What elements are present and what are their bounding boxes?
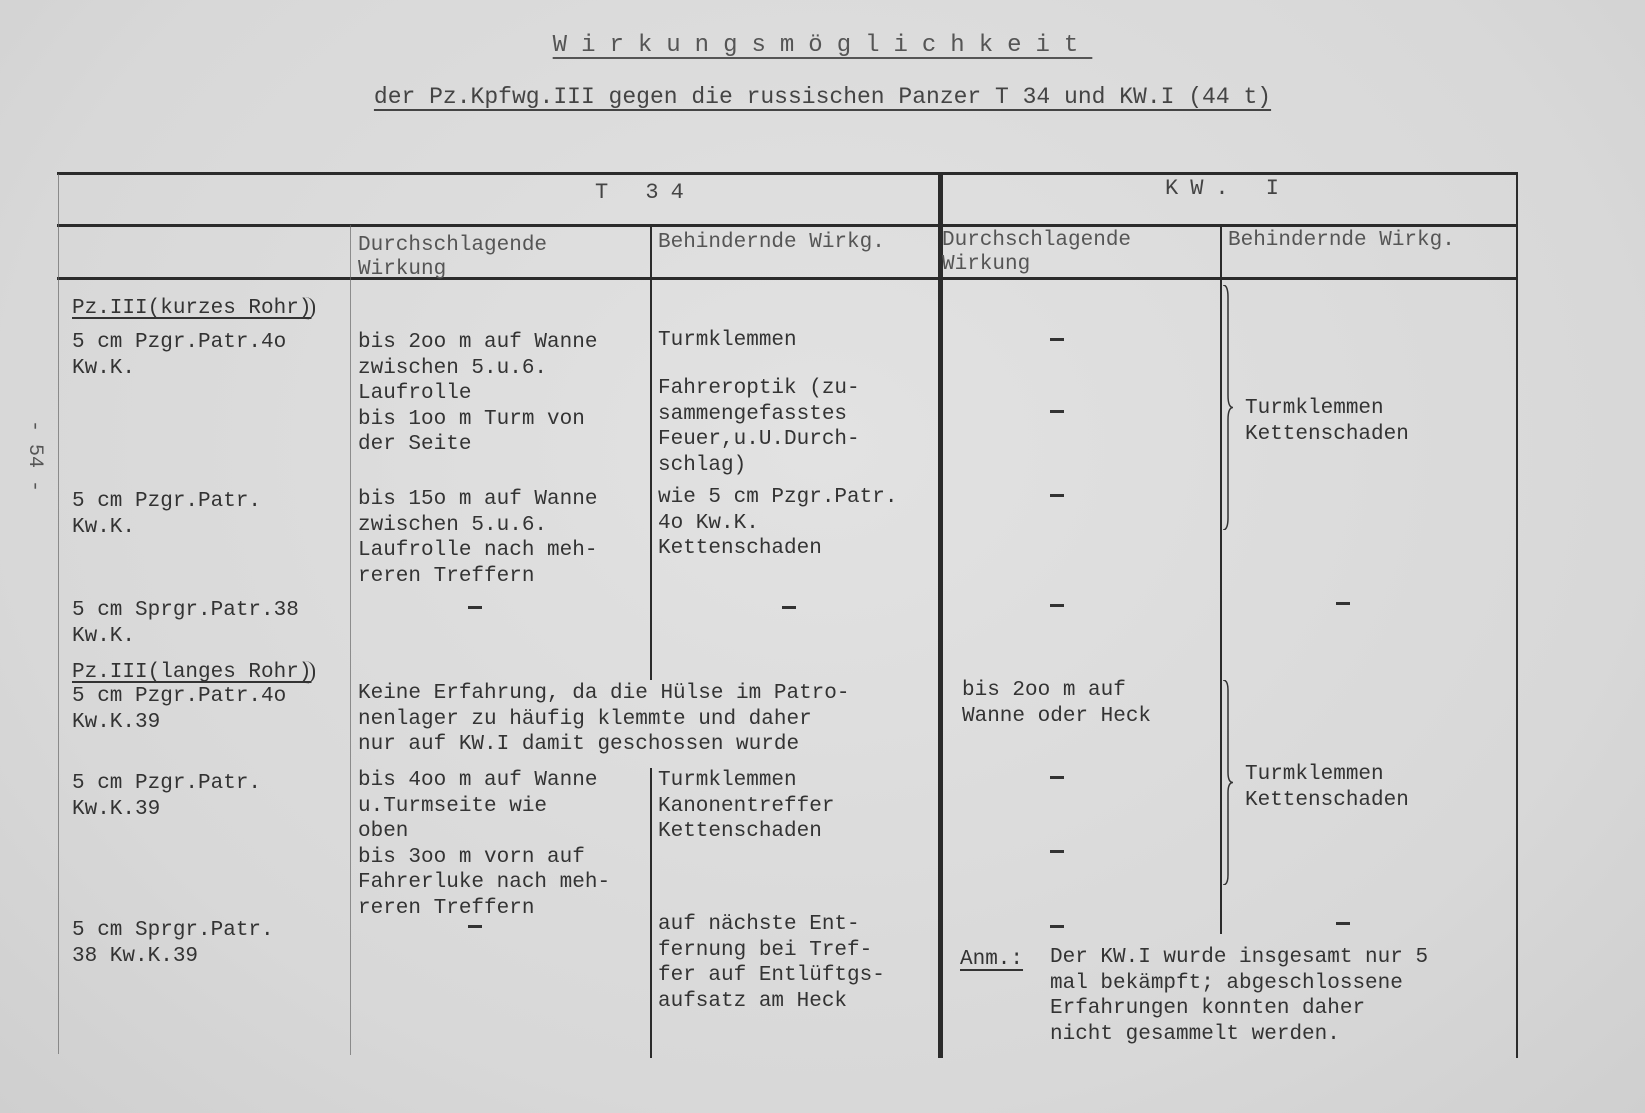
ammo-cell: 5 cm Sprgr.Patr.38 Kw.K. bbox=[72, 598, 299, 649]
ammo-cell: 5 cm Pzgr.Patr.4o Kw.K. bbox=[72, 330, 286, 381]
dash-mark bbox=[1050, 494, 1064, 497]
group-label-long-barrel: Pz.III(langes Rohr) bbox=[72, 660, 315, 686]
t34-penetrating-cell: bis 15o m auf Wanne zwischen 5.u.6. Lauf… bbox=[358, 487, 597, 589]
subheader-kw1-penetrating: Durchschlagende Wirkung bbox=[942, 229, 1131, 277]
ammo-cell: 5 cm Pzgr.Patr. Kw.K.39 bbox=[72, 771, 261, 822]
t34-hindering-cell: auf nächste Ent- fernung bei Tref- fer a… bbox=[658, 912, 885, 1014]
document-title: Wirkungsmöglichkeit bbox=[0, 32, 1645, 59]
brace-icon bbox=[1222, 680, 1234, 885]
dash-mark bbox=[1336, 602, 1350, 605]
document-subtitle: der Pz.Kpfwg.III gegen die russischen Pa… bbox=[0, 84, 1645, 110]
dash-mark bbox=[782, 606, 796, 609]
table-rule-sub-header bbox=[57, 277, 1517, 280]
column-divider-ammo bbox=[350, 225, 351, 1055]
kw1-hindering-grouped: Turmklemmen Kettenschaden bbox=[1245, 396, 1409, 447]
dash-mark bbox=[1050, 604, 1064, 607]
dash-mark bbox=[1336, 922, 1350, 925]
t34-hindering-cell: Fahreroptik (zu- sammengefasstes Feuer,u… bbox=[658, 376, 860, 478]
dash-mark bbox=[468, 925, 482, 928]
t34-hindering-cell: Turmklemmen bbox=[658, 328, 797, 354]
header-kw1: KW. I bbox=[1165, 176, 1291, 202]
subheader-kw1-hindering: Behindernde Wirkg. bbox=[1228, 229, 1455, 253]
group-label-short-barrel: Pz.III(kurzes Rohr) bbox=[72, 296, 315, 322]
dash-mark bbox=[1050, 410, 1064, 413]
table-border-top bbox=[57, 172, 1517, 175]
t34-combined-cell: Keine Erfahrung, da die Hülse im Patro- … bbox=[358, 681, 849, 758]
document-page: Wirkungsmöglichkeit der Pz.Kpfwg.III geg… bbox=[0, 0, 1645, 1113]
t34-penetrating-cell: bis 2oo m auf Wanne zwischen 5.u.6. Lauf… bbox=[358, 330, 597, 458]
ammo-cell: 5 cm Pzgr.Patr. Kw.K. bbox=[72, 489, 261, 540]
subheader-t34-penetrating: Durchschlagende Wirkung bbox=[358, 234, 547, 282]
header-t34: T 34 bbox=[595, 180, 696, 206]
t34-hindering-cell: wie 5 cm Pzgr.Patr. 4o Kw.K. Kettenschad… bbox=[658, 485, 897, 562]
note-text: Der KW.I wurde insgesamt nur 5 mal bekäm… bbox=[1050, 945, 1428, 1047]
t34-penetrating-cell: bis 4oo m auf Wanne u.Turmseite wie oben… bbox=[358, 768, 610, 921]
dash-mark bbox=[1050, 925, 1064, 928]
table-rule-tank-header bbox=[57, 224, 1517, 227]
t34-hindering-cell: Turmklemmen Kanonentreffer Kettenschaden bbox=[658, 768, 834, 845]
dash-mark bbox=[1050, 850, 1064, 853]
dash-mark bbox=[468, 606, 482, 609]
note-label: Anm.: bbox=[960, 947, 1023, 973]
table-border-left bbox=[58, 174, 59, 1054]
subheader-t34-hindering: Behindernde Wirkg. bbox=[658, 231, 885, 255]
page-number: - 54 - bbox=[18, 420, 48, 520]
dash-mark bbox=[1050, 776, 1064, 779]
brace-icon bbox=[1222, 285, 1234, 530]
ammo-cell: 5 cm Sprgr.Patr. 38 Kw.K.39 bbox=[72, 918, 274, 969]
column-divider-t34-upper bbox=[650, 225, 652, 680]
column-divider-tanks bbox=[938, 172, 943, 1058]
kw1-hindering-grouped: Turmklemmen Kettenschaden bbox=[1245, 762, 1409, 813]
dash-mark bbox=[1050, 338, 1064, 341]
ammo-cell: 5 cm Pzgr.Patr.4o Kw.K.39 bbox=[72, 684, 286, 735]
column-divider-t34-lower bbox=[650, 768, 652, 1058]
kw1-penetrating-cell: bis 2oo m auf Wanne oder Heck bbox=[962, 678, 1151, 729]
table-border-right bbox=[1516, 172, 1518, 1058]
